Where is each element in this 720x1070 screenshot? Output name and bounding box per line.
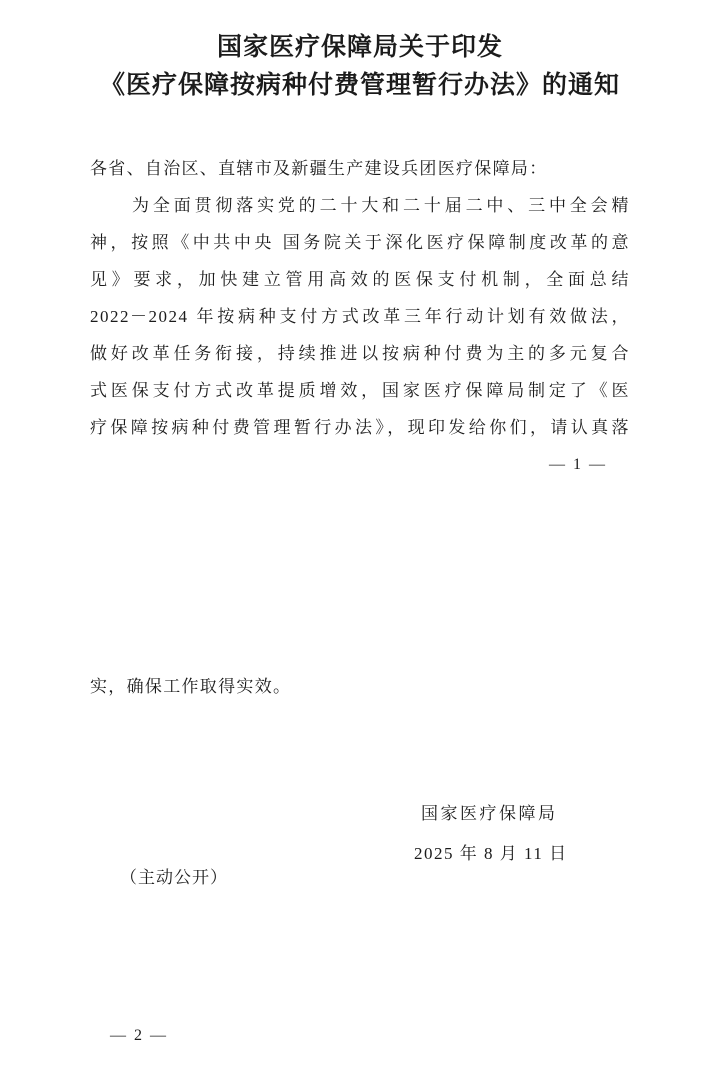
body-continuation-line: 实，确保工作取得实效。	[90, 668, 291, 705]
body-line: 2022－2024 年按病种支付方式改革三年行动计划有效做法，	[90, 298, 630, 335]
disclosure-note: （主动公开）	[120, 859, 228, 896]
document-title-line-2: 《医疗保障按病种付费管理暂行办法》的通知	[0, 67, 720, 105]
body-line: 神，按照《中共中央 国务院关于深化医疗保障制度改革的意	[90, 224, 630, 261]
issuing-authority-signature: 国家医疗保障局	[421, 795, 558, 832]
body-line: 做好改革任务衔接，持续推进以按病种付费为主的多元复合	[90, 335, 630, 372]
document-title: 国家医疗保障局关于印发 《医疗保障按病种付费管理暂行办法》的通知	[0, 29, 720, 105]
document-title-line-1: 国家医疗保障局关于印发	[0, 29, 720, 67]
body-line: 为全面贯彻落实党的二十大和二十届二中、三中全会精	[90, 187, 630, 224]
document-page: 国家医疗保障局关于印发 《医疗保障按病种付费管理暂行办法》的通知 各省、自治区、…	[0, 0, 720, 1070]
document-body: 各省、自治区、直辖市及新疆生产建设兵团医疗保障局： 为全面贯彻落实党的二十大和二…	[90, 150, 630, 483]
issue-date: 2025 年 8 月 11 日	[414, 835, 568, 872]
page-number-1: — 1 —	[90, 446, 630, 483]
body-line: 疗保障按病种付费管理暂行办法》，现印发给你们，请认真落	[90, 409, 630, 446]
body-line: 见》要求，加快建立管用高效的医保支付机制，全面总结	[90, 261, 630, 298]
page-number-2: — 2 —	[110, 1017, 168, 1054]
salutation-line: 各省、自治区、直辖市及新疆生产建设兵团医疗保障局：	[90, 150, 630, 187]
body-line: 式医保支付方式改革提质增效，国家医疗保障局制定了《医	[90, 372, 630, 409]
